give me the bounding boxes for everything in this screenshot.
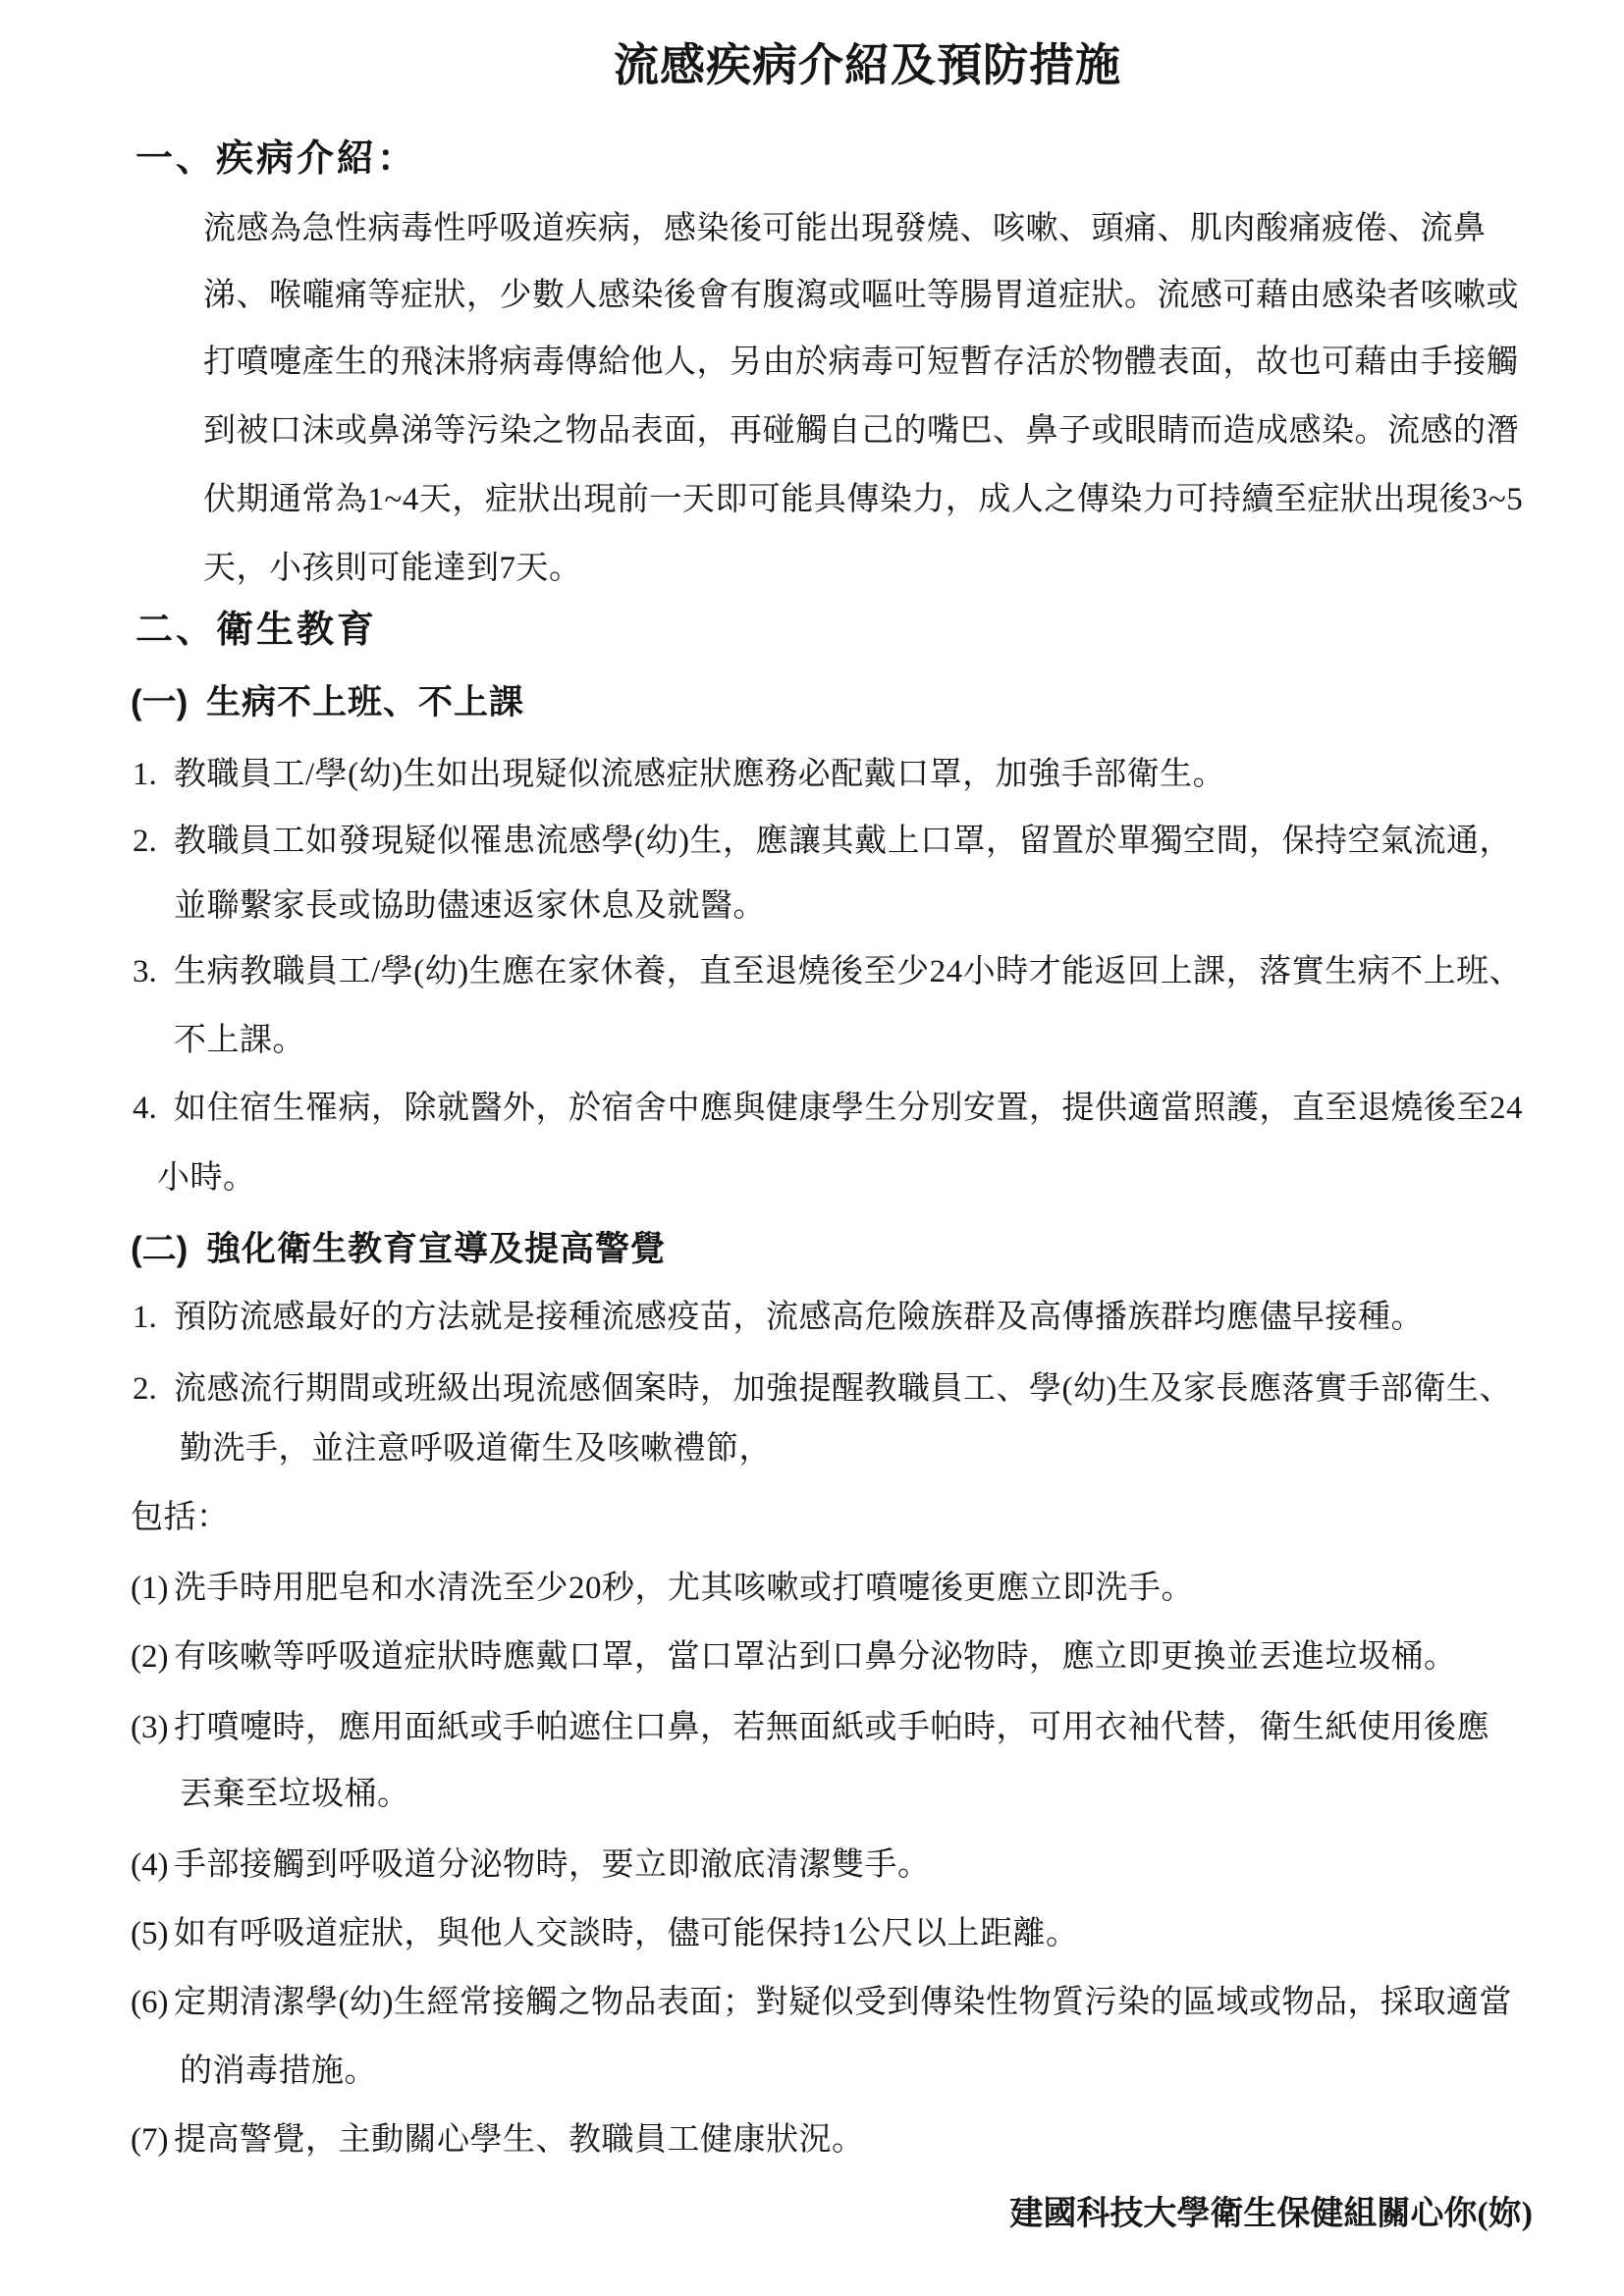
list-item: 3.生病教職員工/學(幼)生應在家休養，直至退燒後至少24小時才能返回上課，落實… xyxy=(133,955,1522,990)
subsection-2-heading: (二)強化衛生教育宣導及提高警覺 xyxy=(131,1231,666,1268)
list-item-text: 教職員工/學(幼)生如出現疑似流感症狀應務必配戴口罩，加強手部衛生。 xyxy=(174,757,1225,792)
list-item-marker: 1. xyxy=(133,1301,174,1336)
sub-list-item-marker: (2) xyxy=(131,1640,174,1676)
sub-list-item-marker: (1) xyxy=(131,1572,174,1607)
list-item: 2.教職員工如發現疑似罹患流感學(幼)生，應讓其戴上口罩，留置於單獨空間，保持空… xyxy=(133,825,1512,860)
sub-list-item-text: 打噴嚏時，應用面紙或手帕遮住口鼻，若無面紙或手帕時，可用衣袖代替，衛生紙使用後應 xyxy=(174,1710,1489,1745)
subsection-1-title: 生病不上班、不上課 xyxy=(206,683,524,721)
list-item-text: 生病教職員工/學(幼)生應在家休養，直至退燒後至少24小時才能返回上課，落實生病… xyxy=(174,954,1522,989)
document-page: 流感疾病介紹及預防措施 一、疾病介紹： 流感為急性病毒性呼吸道疾病，感染後可能出… xyxy=(0,0,1624,2296)
list-item-text: 預防流感最好的方法就是接種流感疫苗，流感高危險族群及高傳播族群均應儘早接種。 xyxy=(174,1300,1424,1335)
sub-list-item-marker: (3) xyxy=(131,1711,174,1746)
paragraph-line: 伏期通常為1~4天，症狀出現前一天即可能具傳染力，成人之傳染力可持續至症狀出現後… xyxy=(203,483,1523,518)
section-2-heading: 二、衛生教育 xyxy=(135,611,377,651)
paragraph-line: 到被口沫或鼻涕等污染之物品表面，再碰觸自己的嘴巴、鼻子或眼睛而造成感染。流感的潛 xyxy=(203,414,1519,450)
sub-list-item-text: 洗手時用肥皂和水清洗至少20秒，尤其咳嗽或打噴嚏後更應立即洗手。 xyxy=(174,1571,1194,1606)
sub-list-item-text: 手部接觸到呼吸道分泌物時，要立即澈底清潔雙手。 xyxy=(174,1847,931,1883)
list-item-continuation: 並聯繫家長或協助儘速返家休息及就醫。 xyxy=(174,889,766,925)
subsection-2-marker: (二) xyxy=(131,1231,206,1268)
list-item-text: 流感流行期間或班級出現流感個案時，加強提醒教職員工、學(幼)生及家長應落實手部衛… xyxy=(174,1371,1512,1407)
sub-list-item: (3)打噴嚏時，應用面紙或手帕遮住口鼻，若無面紙或手帕時，可用衣袖代替，衛生紙使… xyxy=(131,1711,1489,1746)
sub-list-item-text: 有咳嗽等呼吸道症狀時應戴口罩，當口罩沾到口鼻分泌物時，應立即更換並丟進垃圾桶。 xyxy=(174,1639,1457,1675)
sub-list-item-text: 如有呼吸道症狀，與他人交談時，儘可能保持1公尺以上距離。 xyxy=(174,1916,1079,1951)
subsection-1-heading: (一)生病不上班、不上課 xyxy=(131,684,524,721)
sub-list-item: (5)如有呼吸道症狀，與他人交談時，儘可能保持1公尺以上距離。 xyxy=(131,1917,1079,1952)
list-item-marker: 2. xyxy=(133,1372,174,1408)
sub-list-item: (4)手部接觸到呼吸道分泌物時，要立即澈底清潔雙手。 xyxy=(131,1848,931,1884)
section-1-heading: 一、疾病介紹： xyxy=(135,139,417,180)
sub-list-item-marker: (6) xyxy=(131,1986,174,2021)
sub-list-item: (2)有咳嗽等呼吸道症狀時應戴口罩，當口罩沾到口鼻分泌物時，應立即更換並丟進垃圾… xyxy=(131,1640,1457,1676)
paragraph-line: 流感為急性病毒性呼吸道疾病，感染後可能出現發燒、咳嗽、頭痛、肌肉酸痛疲倦、流鼻 xyxy=(203,212,1487,247)
list-item-marker: 2. xyxy=(133,825,174,860)
list-item: 4.如住宿生罹病，除就醫外，於宿舍中應與健康學生分別安置，提供適當照護，直至退燒… xyxy=(133,1092,1523,1127)
paragraph-line: 涕、喉嚨痛等症狀，少數人感染後會有腹瀉或嘔吐等腸胃道症狀。流感可藉由感染者咳嗽或 xyxy=(203,279,1519,314)
sub-list-item-text: 提高警覺，主動關心學生、教職員工健康狀況。 xyxy=(174,2122,865,2158)
sub-list-item-text: 定期清潔學(幼)生經常接觸之物品表面；對疑似受到傳染性物質污染的區域或物品，採取… xyxy=(174,1985,1512,2020)
list-item-continuation: 不上課。 xyxy=(174,1024,305,1059)
document-footer: 建國科技大學衛生保健組關心你(妳) xyxy=(1009,2197,1533,2233)
sub-list-item: (7)提高警覺，主動關心學生、教職員工健康狀況。 xyxy=(131,2123,865,2159)
list-item-text: 如住宿生罹病，除就醫外，於宿舍中應與健康學生分別安置，提供適當照護，直至退燒後至… xyxy=(174,1091,1523,1126)
include-label: 包括： xyxy=(131,1501,230,1536)
sub-list-item-marker: (5) xyxy=(131,1917,174,1952)
document-title: 流感疾病介紹及預防措施 xyxy=(614,41,1121,90)
list-item-continuation: 小時。 xyxy=(157,1161,256,1197)
sub-list-item: (1)洗手時用肥皂和水清洗至少20秒，尤其咳嗽或打噴嚏後更應立即洗手。 xyxy=(131,1572,1194,1607)
subsection-1-marker: (一) xyxy=(131,684,206,721)
list-item-marker: 3. xyxy=(133,955,174,990)
list-item-marker: 1. xyxy=(133,758,174,793)
list-item-marker: 4. xyxy=(133,1092,174,1127)
subsection-2-title: 強化衛生教育宣導及提高警覺 xyxy=(206,1230,666,1268)
sub-list-item-marker: (4) xyxy=(131,1848,174,1884)
sub-list-item-marker: (7) xyxy=(131,2123,174,2159)
list-item: 2.流感流行期間或班級出現流感個案時，加強提醒教職員工、學(幼)生及家長應落實手… xyxy=(133,1372,1512,1408)
paragraph-line: 天，小孩則可能達到7天。 xyxy=(203,552,582,587)
list-item: 1.教職員工/學(幼)生如出現疑似流感症狀應務必配戴口罩，加強手部衛生。 xyxy=(133,758,1225,793)
sub-list-item: (6)定期清潔學(幼)生經常接觸之物品表面；對疑似受到傳染性物質污染的區域或物品… xyxy=(131,1986,1512,2021)
list-item-continuation: 丟棄至垃圾桶。 xyxy=(180,1778,410,1813)
list-item-text: 教職員工如發現疑似罹患流感學(幼)生，應讓其戴上口罩，留置於單獨空間，保持空氣流… xyxy=(174,824,1512,859)
list-item-continuation: 勤洗手，並注意呼吸道衛生及咳嗽禮節， xyxy=(180,1432,772,1468)
list-item-continuation: 的消毒措施。 xyxy=(180,2055,377,2090)
list-item: 1.預防流感最好的方法就是接種流感疫苗，流感高危險族群及高傳播族群均應儘早接種。 xyxy=(133,1301,1424,1336)
paragraph-line: 打噴嚏產生的飛沫將病毒傳給他人，另由於病毒可短暫存活於物體表面，故也可藉由手接觸 xyxy=(203,346,1519,381)
